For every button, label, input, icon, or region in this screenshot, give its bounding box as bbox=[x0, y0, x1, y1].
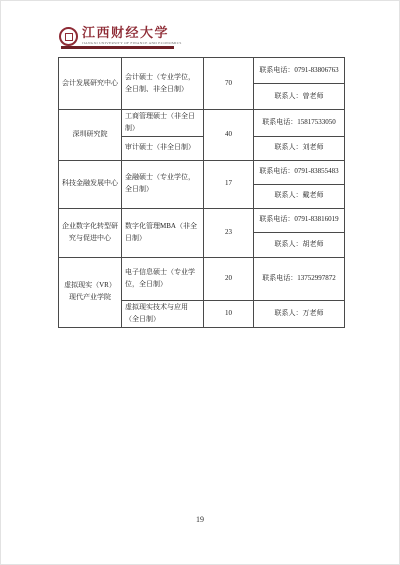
seal-square-icon bbox=[65, 33, 73, 41]
unit-cell: 科技金融发展中心 bbox=[59, 160, 122, 208]
quota-cell: 20 bbox=[204, 257, 254, 300]
unit-cell: 虚拟现实（VR）现代产业学院 bbox=[59, 257, 122, 327]
quota-cell: 40 bbox=[204, 110, 254, 161]
phone-cell: 联系电话：0791-83806763 bbox=[254, 58, 345, 84]
phone-cell: 联系电话：15817533050 bbox=[254, 110, 345, 137]
header-logo: 江西财经大学 JIANGXI UNIVERSITY OF FINANCE AND… bbox=[59, 26, 182, 46]
program-cell: 会计硕士（专业学位，全日制、非全日制） bbox=[122, 58, 204, 110]
phone-cell: 联系电话：0791-83855483 bbox=[254, 160, 345, 184]
quota-cell: 10 bbox=[204, 300, 254, 327]
contact-cell: 联系人：曾老师 bbox=[254, 84, 345, 110]
unit-cell: 深圳研究院 bbox=[59, 110, 122, 161]
admissions-table: 会计发展研究中心 会计硕士（专业学位，全日制、非全日制） 70 联系电话：079… bbox=[58, 57, 345, 328]
program-cell: 数字化管理MBA（非全日制） bbox=[122, 208, 204, 257]
program-cell: 审计硕士（非全日制） bbox=[122, 136, 204, 160]
contact-cell: 联系人：胡老师 bbox=[254, 232, 345, 257]
phone-cell: 联系电话：13752997872 bbox=[254, 257, 345, 300]
logo-text: 江西财经大学 JIANGXI UNIVERSITY OF FINANCE AND… bbox=[82, 26, 182, 45]
university-name-cn: 江西财经大学 bbox=[82, 26, 182, 40]
university-name-en: JIANGXI UNIVERSITY OF FINANCE AND ECONOM… bbox=[82, 41, 182, 45]
contact-cell: 联系人：万老师 bbox=[254, 300, 345, 327]
program-cell: 工商管理硕士（非全日制） bbox=[122, 110, 204, 137]
phone-cell: 联系电话：0791-83816019 bbox=[254, 208, 345, 232]
contact-cell: 联系人：刘老师 bbox=[254, 136, 345, 160]
logo-underline-rule bbox=[61, 46, 174, 49]
quota-cell: 17 bbox=[204, 160, 254, 208]
page-number: 19 bbox=[1, 515, 399, 524]
university-seal-icon bbox=[59, 27, 78, 46]
program-cell: 电子信息硕士（专业学位，全日制） bbox=[122, 257, 204, 300]
unit-cell: 会计发展研究中心 bbox=[59, 58, 122, 110]
quota-cell: 23 bbox=[204, 208, 254, 257]
document-page: 江西财经大学 JIANGXI UNIVERSITY OF FINANCE AND… bbox=[0, 0, 400, 565]
program-cell: 金融硕士（专业学位，全日制） bbox=[122, 160, 204, 208]
contact-cell: 联系人：戴老师 bbox=[254, 184, 345, 208]
program-cell: 虚拟现实技术与应用（全日制） bbox=[122, 300, 204, 327]
quota-cell: 70 bbox=[204, 58, 254, 110]
unit-cell: 企业数字化转型研究与促进中心 bbox=[59, 208, 122, 257]
